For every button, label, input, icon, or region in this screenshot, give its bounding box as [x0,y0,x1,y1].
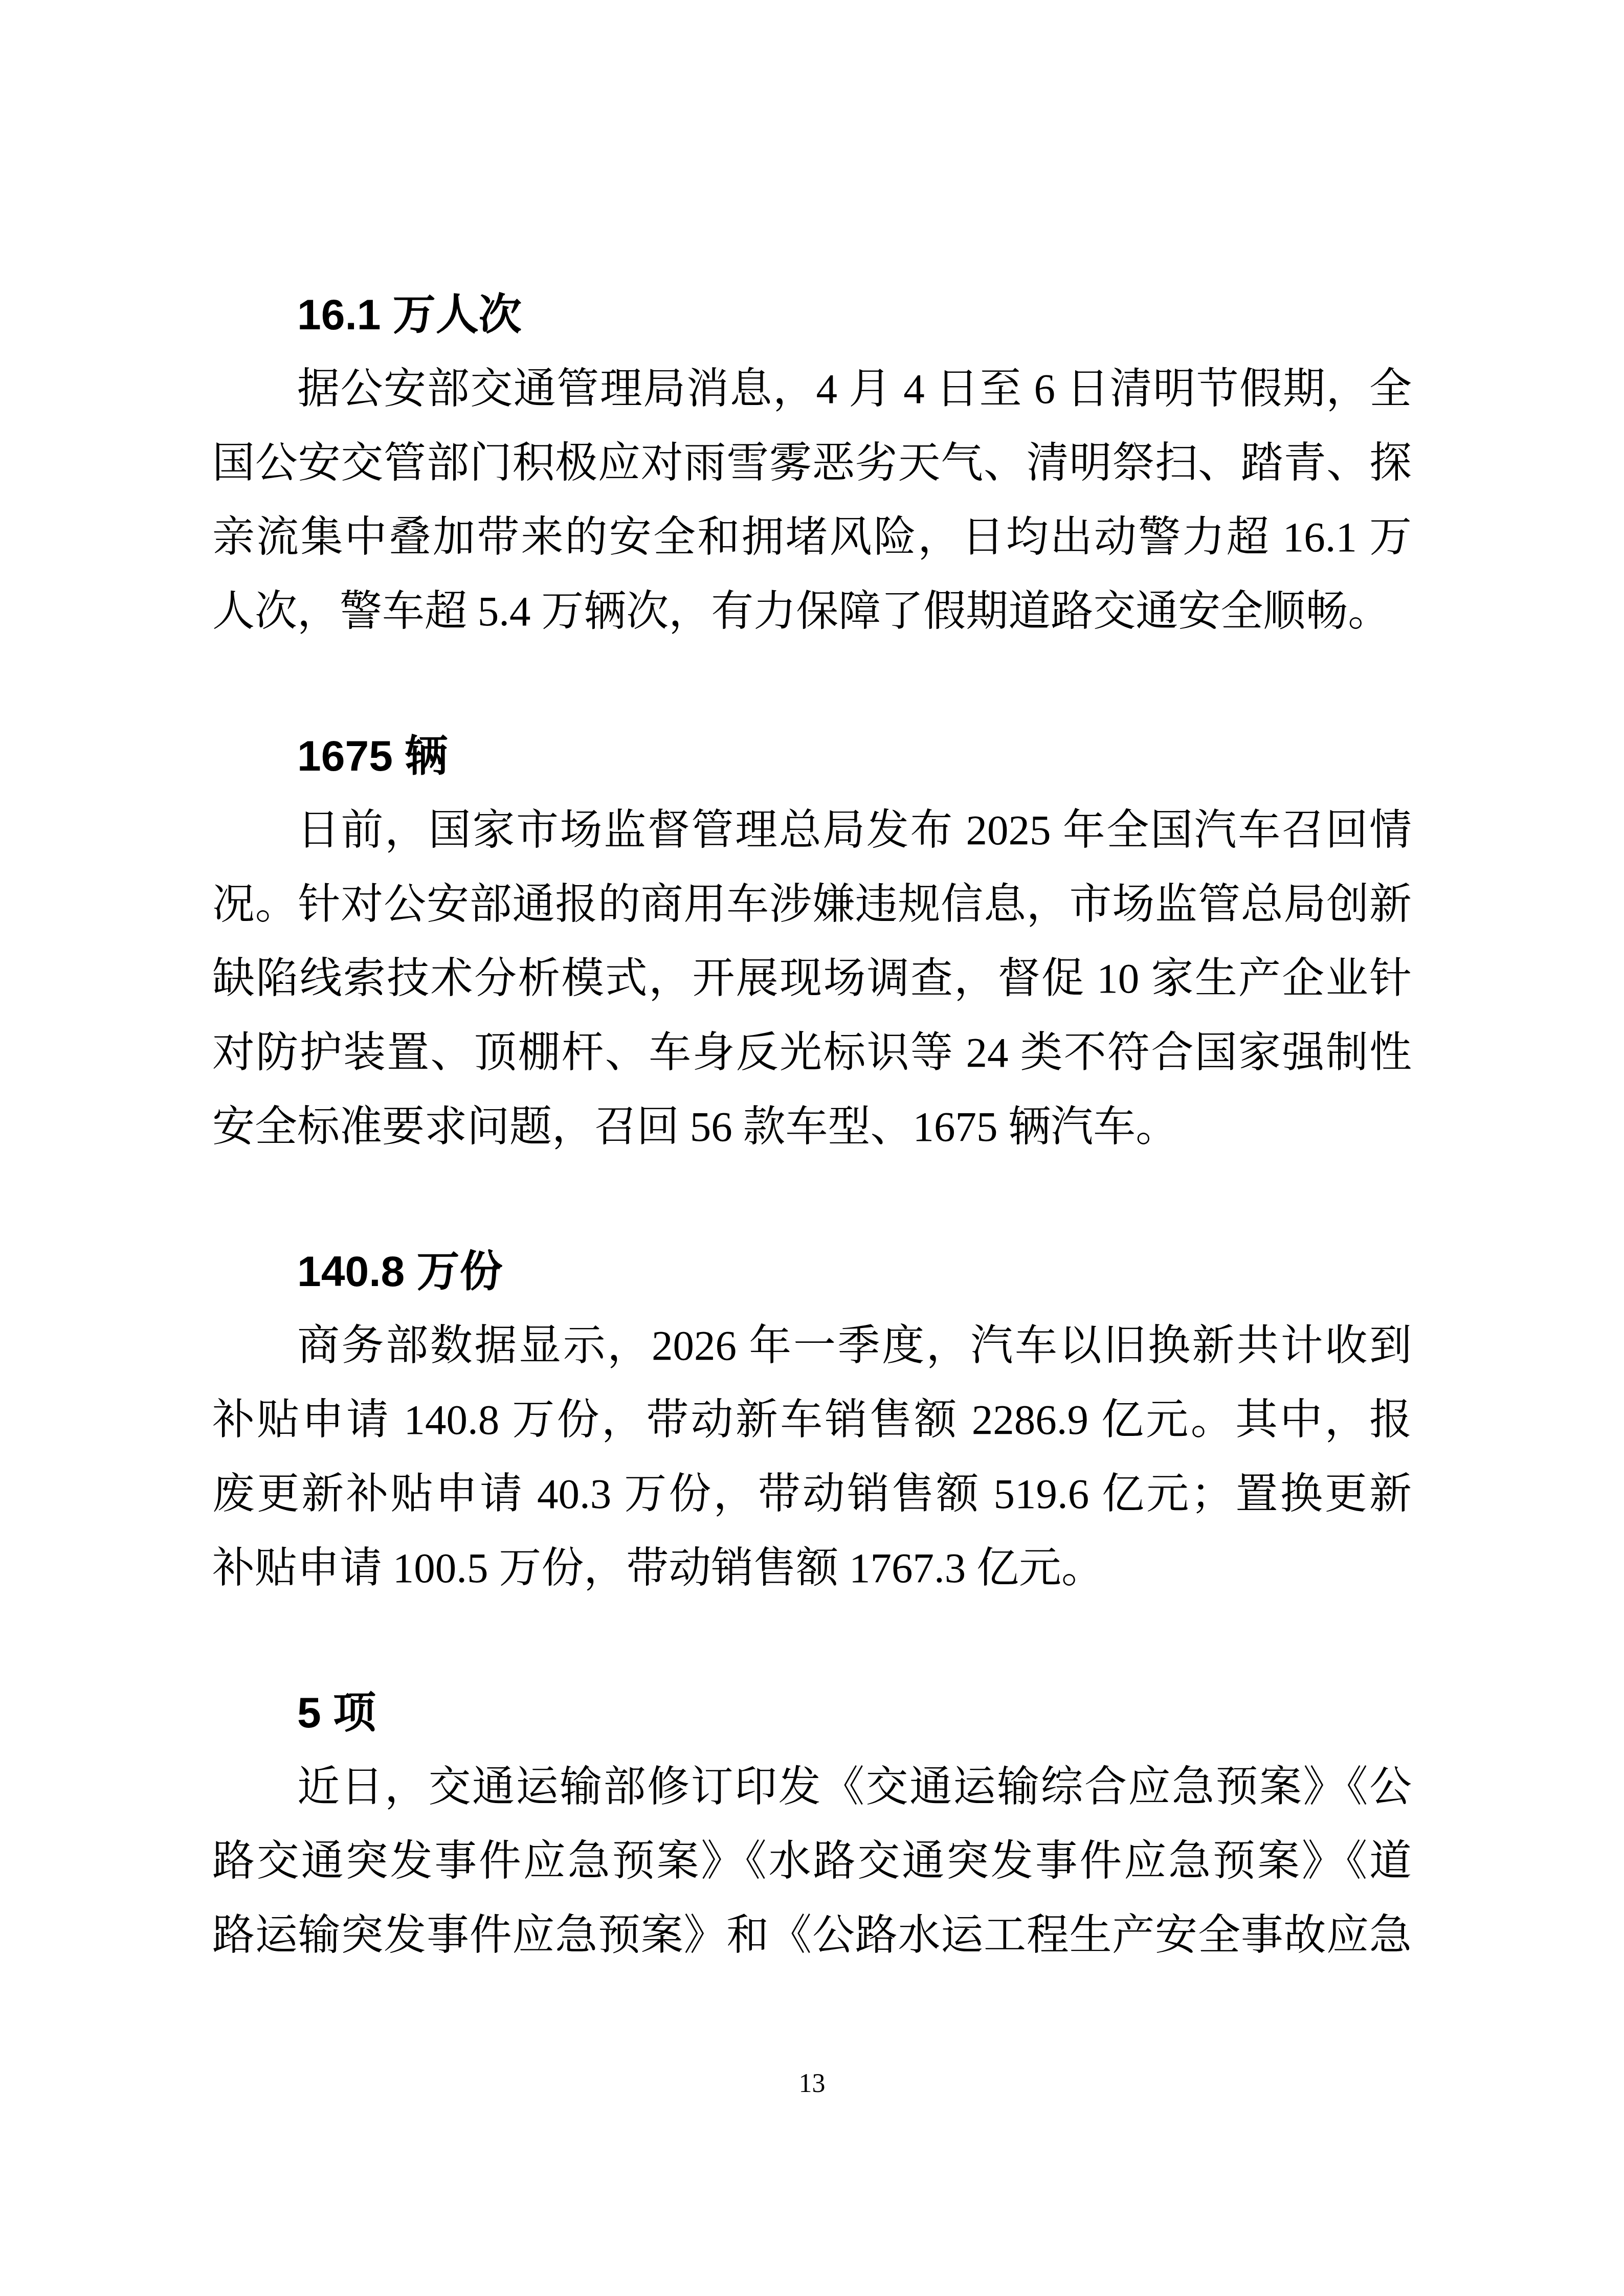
paragraph: 日前，国家市场监督管理总局发布 2025 年全国汽车召回情况。针对公安部通报的商… [212,793,1412,1164]
document-page: 16.1 万人次据公安部交通管理局消息，4 月 4 日至 6 日清明节假期，全国… [0,0,1624,2296]
paragraph-line: 亲流集中叠加带来的安全和拥堵风险，日均出动警力超 16.1 万 [212,500,1412,574]
paragraph-line: 安全标准要求问题，召回 56 款车型、1675 辆汽车。 [212,1090,1412,1164]
paragraph-line: 废更新补贴申请 40.3 万份，带动销售额 519.6 亿元；置换更新 [212,1457,1412,1531]
paragraph-line: 缺陷线索技术分析模式，开展现场调查，督促 10 家生产企业针 [212,941,1412,1016]
section-heading: 140.8 万份 [212,1234,1412,1309]
page-number: 13 [0,2070,1624,2097]
page-content: 16.1 万人次据公安部交通管理局消息，4 月 4 日至 6 日清明节假期，全国… [212,278,1412,1972]
paragraph-line: 况。针对公安部通报的商用车涉嫌违规信息，市场监管总局创新 [212,867,1412,941]
paragraph-line: 国公安交管部门积极应对雨雪雾恶劣天气、清明祭扫、踏青、探 [212,426,1412,500]
paragraph-line: 路交通突发事件应急预案》《水路交通突发事件应急预案》《道 [212,1824,1412,1898]
paragraph-line: 补贴申请 140.8 万份，带动新车销售额 2286.9 亿元。其中，报 [212,1383,1412,1457]
paragraph-line: 路运输突发事件应急预案》和《公路水运工程生产安全事故应急 [212,1898,1412,1972]
paragraph: 据公安部交通管理局消息，4 月 4 日至 6 日清明节假期，全国公安交管部门积极… [212,352,1412,648]
paragraph-line: 人次，警车超 5.4 万辆次，有力保障了假期道路交通安全顺畅。 [212,574,1412,648]
paragraph-line: 对防护装置、顶棚杆、车身反光标识等 24 类不符合国家强制性 [212,1016,1412,1090]
section-heading: 5 项 [212,1676,1412,1750]
paragraph: 近日，交通运输部修订印发《交通运输综合应急预案》《公路交通突发事件应急预案》《水… [212,1750,1412,1972]
paragraph-line: 日前，国家市场监督管理总局发布 2025 年全国汽车召回情 [212,793,1412,867]
paragraph-line: 补贴申请 100.5 万份，带动销售额 1767.3 亿元。 [212,1531,1412,1605]
section-heading: 16.1 万人次 [212,278,1412,352]
paragraph: 商务部数据显示，2026 年一季度，汽车以旧换新共计收到补贴申请 140.8 万… [212,1309,1412,1605]
paragraph-line: 商务部数据显示，2026 年一季度，汽车以旧换新共计收到 [212,1309,1412,1383]
paragraph-line: 近日，交通运输部修订印发《交通运输综合应急预案》《公 [212,1750,1412,1824]
paragraph-line: 据公安部交通管理局消息，4 月 4 日至 6 日清明节假期，全 [212,352,1412,426]
section-heading: 1675 辆 [212,719,1412,793]
